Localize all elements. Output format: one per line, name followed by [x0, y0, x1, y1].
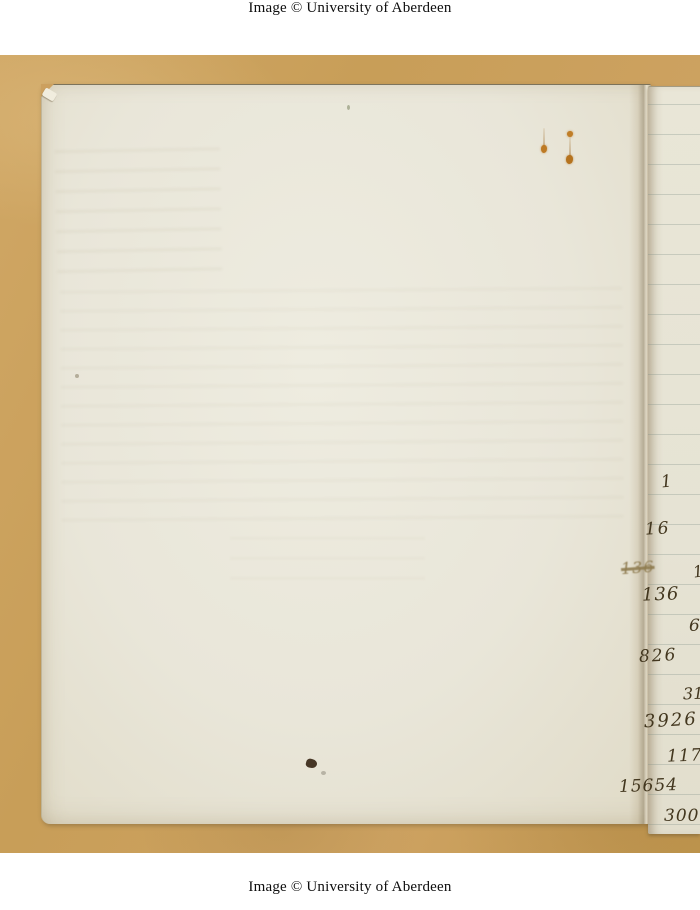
handwritten-number: 117 — [667, 747, 700, 765]
handwritten-number: 826 — [639, 647, 678, 666]
handwritten-number: 1 — [692, 563, 700, 580]
bleed-through-text-block — [55, 148, 222, 276]
paper-speck — [75, 374, 79, 378]
copyright-caption-top: Image © University of Aberdeen — [0, 0, 700, 17]
paper-speck — [321, 771, 326, 775]
rust-stain — [566, 155, 573, 164]
blank-manuscript-page — [41, 84, 651, 824]
rust-stain — [569, 137, 571, 157]
handwritten-number: 3926 — [644, 711, 699, 732]
handwritten-number: 1 — [660, 473, 673, 491]
copyright-caption-bottom: Image © University of Aberdeen — [0, 879, 700, 896]
bleed-through-text-block — [230, 537, 425, 581]
handwritten-number: 15654 — [619, 777, 679, 796]
handwritten-number: 300 — [664, 808, 699, 825]
handwritten-number: 6 — [689, 618, 700, 635]
handwritten-number-struck: 136 — [620, 559, 655, 577]
ink-spot — [305, 758, 318, 769]
rust-stain — [541, 145, 547, 153]
scan-viewer: Image © University of Aberdeen 1 16 136 … — [0, 0, 700, 910]
page-corner-fold-flap — [42, 87, 58, 101]
paper-speck — [347, 105, 350, 110]
manuscript-photo: 1 16 136 1 136 6 826 31 3926 117 15654 3… — [0, 55, 700, 853]
handwritten-number: 16 — [645, 520, 671, 538]
handwritten-number: 136 — [642, 585, 680, 604]
bleed-through-text-block — [60, 287, 624, 529]
handwritten-number: 31 — [683, 686, 700, 703]
